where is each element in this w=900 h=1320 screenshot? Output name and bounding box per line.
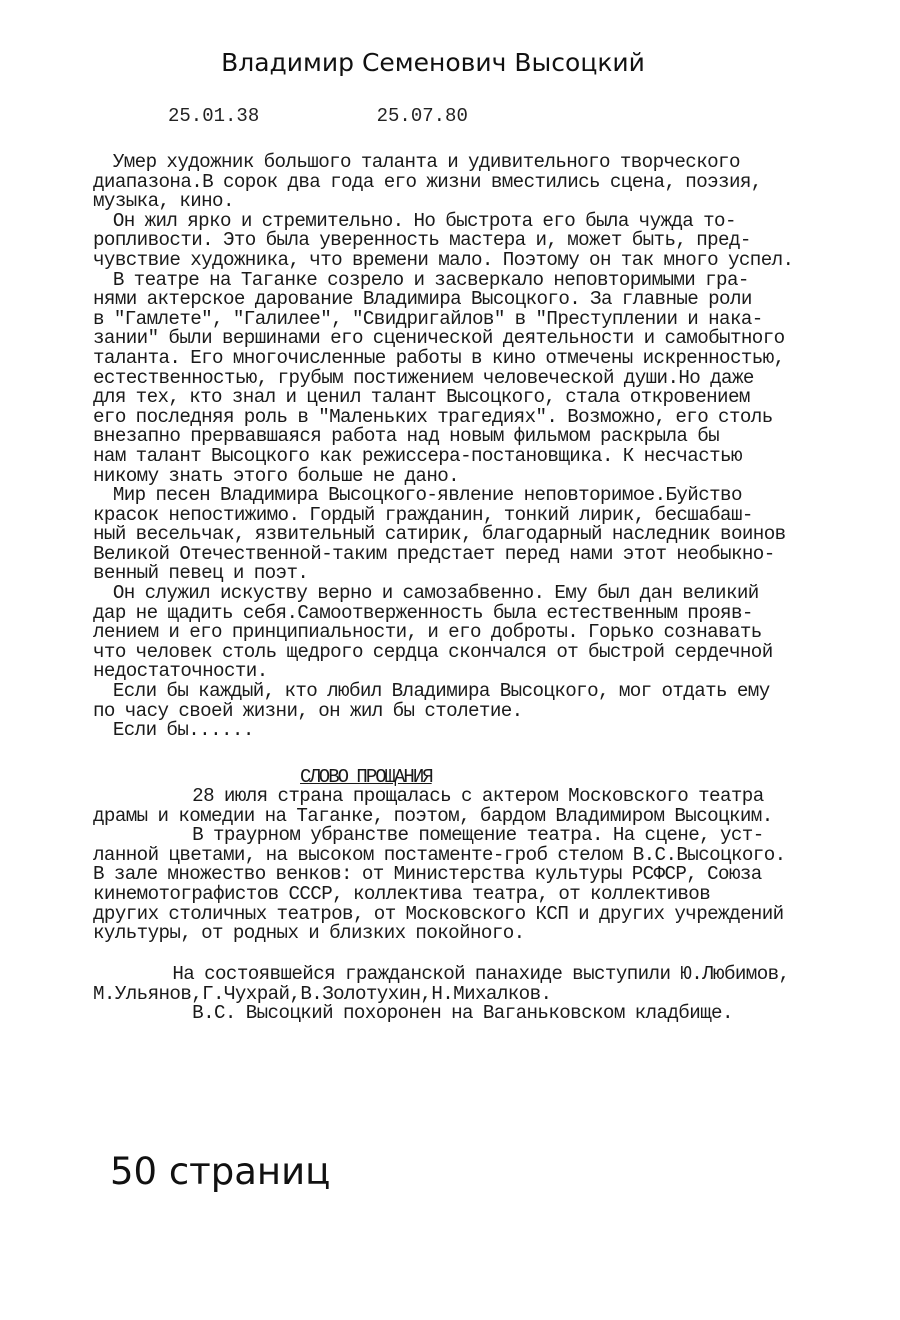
- document-title: Владимир Семенович Высоцкий: [0, 48, 866, 77]
- text-line: В.С. Высоцкий похоронен на Ваганьковском…: [93, 1004, 883, 1024]
- text-line: нам талант Высоцкого как режиссера-поста…: [93, 447, 883, 467]
- text-line: Если бы каждый, кто любил Владимира Высо…: [93, 682, 883, 702]
- text-line: культуры, от родных и близких покойного.: [93, 924, 883, 944]
- text-line: кинемотографистов СССР, коллектива театр…: [93, 885, 883, 905]
- text-line: для тех, кто знал и ценил талант Высоцко…: [93, 388, 883, 408]
- text-line: ный весельчак, язвительный сатирик, благ…: [93, 525, 883, 545]
- text-line: 28 июля страна прощалась с актером Моско…: [93, 787, 883, 807]
- text-line: таланта. Его многочисленные работы в кин…: [93, 349, 883, 369]
- death-date: 25.07.80: [377, 105, 468, 127]
- text-line: В траурном убранстве помещение театра. Н…: [93, 826, 883, 846]
- text-line: лением и его принципиальности, и его доб…: [93, 623, 883, 643]
- text-line: Мир песен Владимира Высоцкого-явление не…: [93, 486, 883, 506]
- funeral-text: На состоявшейся гражданской панахиде выс…: [93, 965, 883, 1024]
- farewell-text: 28 июля страна прощалась с актером Моско…: [93, 787, 883, 944]
- page-count-label: 50 страниц: [110, 1150, 330, 1193]
- text-line: Он служил искуству верно и самозабвенно.…: [93, 584, 883, 604]
- obituary-text: Умер художник большого таланта и удивите…: [93, 153, 883, 741]
- text-line: Если бы......: [93, 721, 883, 741]
- text-line: Умер художник большого таланта и удивите…: [93, 153, 883, 173]
- birth-date: 25.01.38: [168, 105, 259, 127]
- text-line: зании" были вершинами его сценической де…: [93, 329, 883, 349]
- life-dates: 25.01.38 25.07.80: [168, 105, 468, 127]
- text-line: музыка, кино.: [93, 192, 883, 212]
- text-line: нями актерское дарование Владимира Высоц…: [93, 290, 883, 310]
- text-line: На состоявшейся гражданской панахиде выс…: [93, 965, 883, 985]
- text-line: чувствие художника, что времени мало. По…: [93, 251, 883, 271]
- text-line: внезапно прервавшаяся работа над новым ф…: [93, 427, 883, 447]
